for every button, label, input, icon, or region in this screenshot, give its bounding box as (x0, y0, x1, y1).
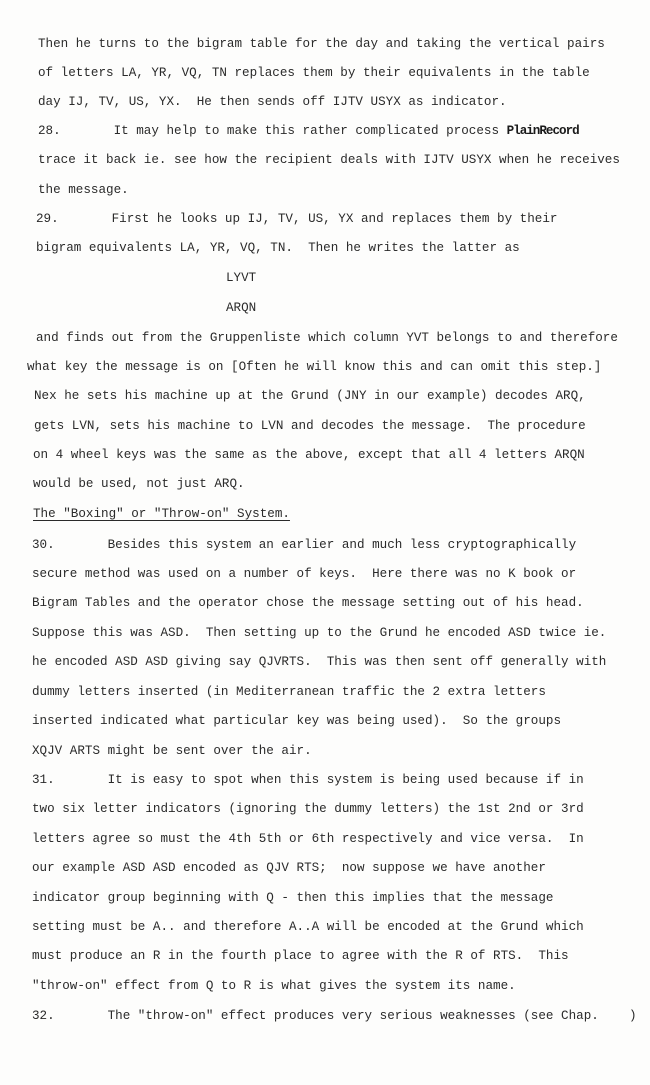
text-line: Suppose this was ASD. Then setting up to… (32, 625, 606, 641)
text-line: would be used, not just ARQ. (33, 476, 245, 492)
text-line: secure method was used on a number of ke… (32, 566, 576, 582)
text-line: must produce an R in the fourth place to… (32, 948, 569, 964)
paragraph-32-start: 32. The "throw-on" effect produces very … (32, 1008, 637, 1024)
text-segment: 28. It may help to make this rather comp… (38, 124, 507, 138)
text-line: of letters LA, YR, VQ, TN replaces them … (38, 65, 590, 81)
text-line: what key the message is on [Often he wil… (27, 359, 601, 375)
overstruck-word: PlainRecord (507, 124, 579, 138)
text-line: our example ASD ASD encoded as QJV RTS; … (32, 860, 546, 876)
text-line: on 4 wheel keys was the same as the abov… (33, 447, 585, 463)
text-line: and finds out from the Gruppenliste whic… (36, 330, 618, 346)
paragraph-31-start: 31. It is easy to spot when this system … (32, 772, 584, 788)
indicator-row-1: LYVT (226, 270, 256, 286)
section-heading: The "Boxing" or "Throw-on" System. (33, 506, 290, 522)
text-line: "throw-on" effect from Q to R is what gi… (32, 978, 516, 994)
text-line: inserted indicated what particular key w… (32, 713, 561, 729)
indicator-row-2: ARQN (226, 300, 256, 316)
document-page: Then he turns to the bigram table for th… (0, 0, 650, 1085)
text-line: trace it back ie. see how the recipient … (38, 152, 620, 168)
text-line: setting must be A.. and therefore A..A w… (32, 919, 584, 935)
text-line: Bigram Tables and the operator chose the… (32, 595, 584, 611)
text-line: dummy letters inserted (in Mediterranean… (32, 684, 546, 700)
paragraph-30-start: 30. Besides this system an earlier and m… (32, 537, 576, 553)
paragraph-29-start: 29. First he looks up IJ, TV, US, YX and… (36, 211, 557, 227)
text-line: bigram equivalents LA, YR, VQ, TN. Then … (36, 240, 520, 256)
text-line: two six letter indicators (ignoring the … (32, 801, 584, 817)
text-line: indicator group beginning with Q - then … (32, 890, 553, 906)
text-line: the message. (38, 182, 129, 198)
text-line: letters agree so must the 4th 5th or 6th… (32, 831, 584, 847)
text-line: day IJ, TV, US, YX. He then sends off IJ… (38, 94, 507, 110)
text-line: XQJV ARTS might be sent over the air. (32, 743, 312, 759)
paragraph-28-start: 28. It may help to make this rather comp… (38, 123, 579, 139)
text-line: Nex he sets his machine up at the Grund … (34, 388, 586, 404)
text-line: gets LVN, sets his machine to LVN and de… (34, 418, 586, 434)
text-line: he encoded ASD ASD giving say QJVRTS. Th… (32, 654, 606, 670)
text-line: Then he turns to the bigram table for th… (38, 36, 605, 52)
